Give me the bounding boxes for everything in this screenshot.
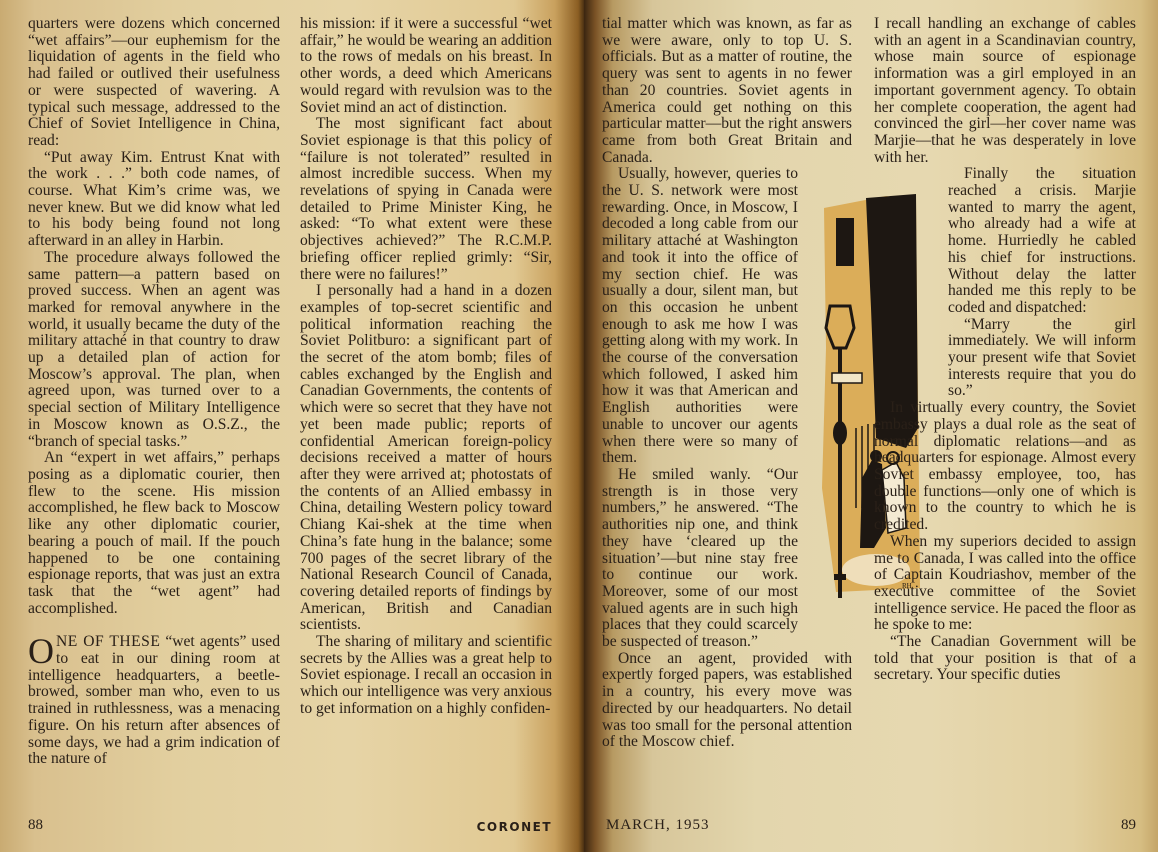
paragraph: Usually, however, queries to the U. S. n… — [602, 166, 798, 467]
paragraph: tial matter which was known, as far as w… — [602, 16, 852, 166]
paragraph: He smiled wanly. “Our strength is in tho… — [602, 467, 798, 651]
running-head: CORONET — [477, 820, 552, 834]
section-text: “wet agents” used to eat in our dining r… — [28, 633, 280, 767]
running-date: MARCH, 1953 — [606, 817, 710, 834]
paragraph: I recall handling an exchange of cables … — [874, 16, 1136, 166]
paragraph: An “expert in wet affairs,” perhaps posi… — [28, 450, 280, 617]
drop-cap: O — [28, 636, 54, 666]
left-page-column-2: his mission: if it were a successful “we… — [300, 16, 552, 718]
paragraph: “Marry the girl immediately. We will inf… — [948, 317, 1136, 401]
paragraph: The sharing of military and scientific s… — [300, 634, 552, 718]
right-page-column-1: tial matter which was known, as far as w… — [602, 16, 852, 751]
paragraph: quarters were dozens which concerned “we… — [28, 16, 280, 150]
right-page: tial matter which was known, as far as w… — [584, 0, 1158, 852]
left-page: quarters were dozens which concerned “we… — [0, 0, 584, 852]
paragraph: When my superiors decided to assign me t… — [874, 534, 1136, 634]
left-page-column-1: quarters were dozens which concerned “we… — [28, 16, 280, 768]
page-number: 88 — [28, 817, 43, 834]
page-number: 89 — [1121, 817, 1136, 834]
paragraph: The procedure always followed the same p… — [28, 250, 280, 450]
paragraph: I personally had a hand in a dozen examp… — [300, 283, 552, 634]
paragraph: “Put away Kim. Entrust Knat with the wor… — [28, 150, 280, 250]
paragraph: In virtually every country, the Soviet e… — [874, 400, 1136, 534]
magazine-spread: quarters were dozens which concerned “we… — [0, 0, 1158, 852]
paragraph: “The Canadian Government will be told th… — [874, 634, 1136, 684]
paragraph: Once an agent, provided with expertly fo… — [602, 651, 852, 751]
paragraph: his mission: if it were a successful “we… — [300, 16, 552, 116]
paragraph: Finally the situation reached a crisis. … — [948, 166, 1136, 316]
small-caps-lead: NE OF THESE — [56, 633, 160, 650]
right-page-column-2: I recall handling an exchange of cables … — [874, 16, 1136, 684]
section-start-paragraph: ONE OF THESE “wet agents” used to eat in… — [28, 634, 280, 768]
wrapped-text-block: Finally the situation reached a crisis. … — [948, 166, 1136, 400]
wrapped-text-block: Usually, however, queries to the U. S. n… — [602, 166, 798, 650]
paragraph: The most significant fact about Soviet e… — [300, 116, 552, 283]
